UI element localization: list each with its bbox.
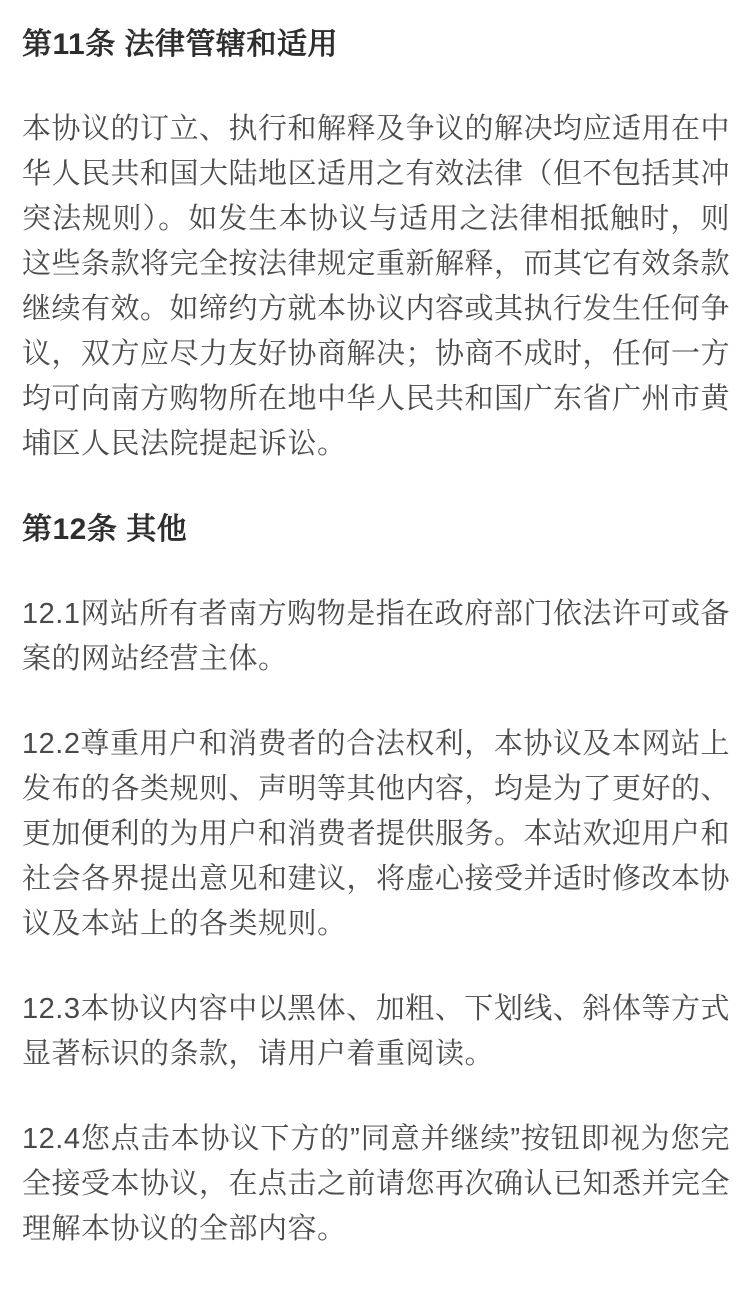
section-11-body: 本协议的订立、执行和解释及争议的解决均应适用在中华人民共和国大陆地区适用之有效法… bbox=[22, 107, 730, 467]
section-11-heading: 第11条 法律管辖和适用 bbox=[22, 22, 730, 67]
clause-12-1: 12.1网站所有者南方购物是指在政府部门依法许可或备案的网站经营主体。 bbox=[22, 592, 730, 682]
clause-12-2: 12.2尊重用户和消费者的合法权利，本协议及本网站上发布的各类规则、声明等其他内… bbox=[22, 722, 730, 947]
section-12-heading: 第12条 其他 bbox=[22, 507, 730, 552]
clause-12-4: 12.4您点击本协议下方的”同意并继续”按钮即视为您完全接受本协议，在点击之前请… bbox=[22, 1117, 730, 1252]
clause-12-3: 12.3本协议内容中以黑体、加粗、下划线、斜体等方式显著标识的条款，请用户着重阅… bbox=[22, 987, 730, 1077]
agreement-document: 第11条 法律管辖和适用 本协议的订立、执行和解释及争议的解决均应适用在中华人民… bbox=[0, 0, 750, 1298]
